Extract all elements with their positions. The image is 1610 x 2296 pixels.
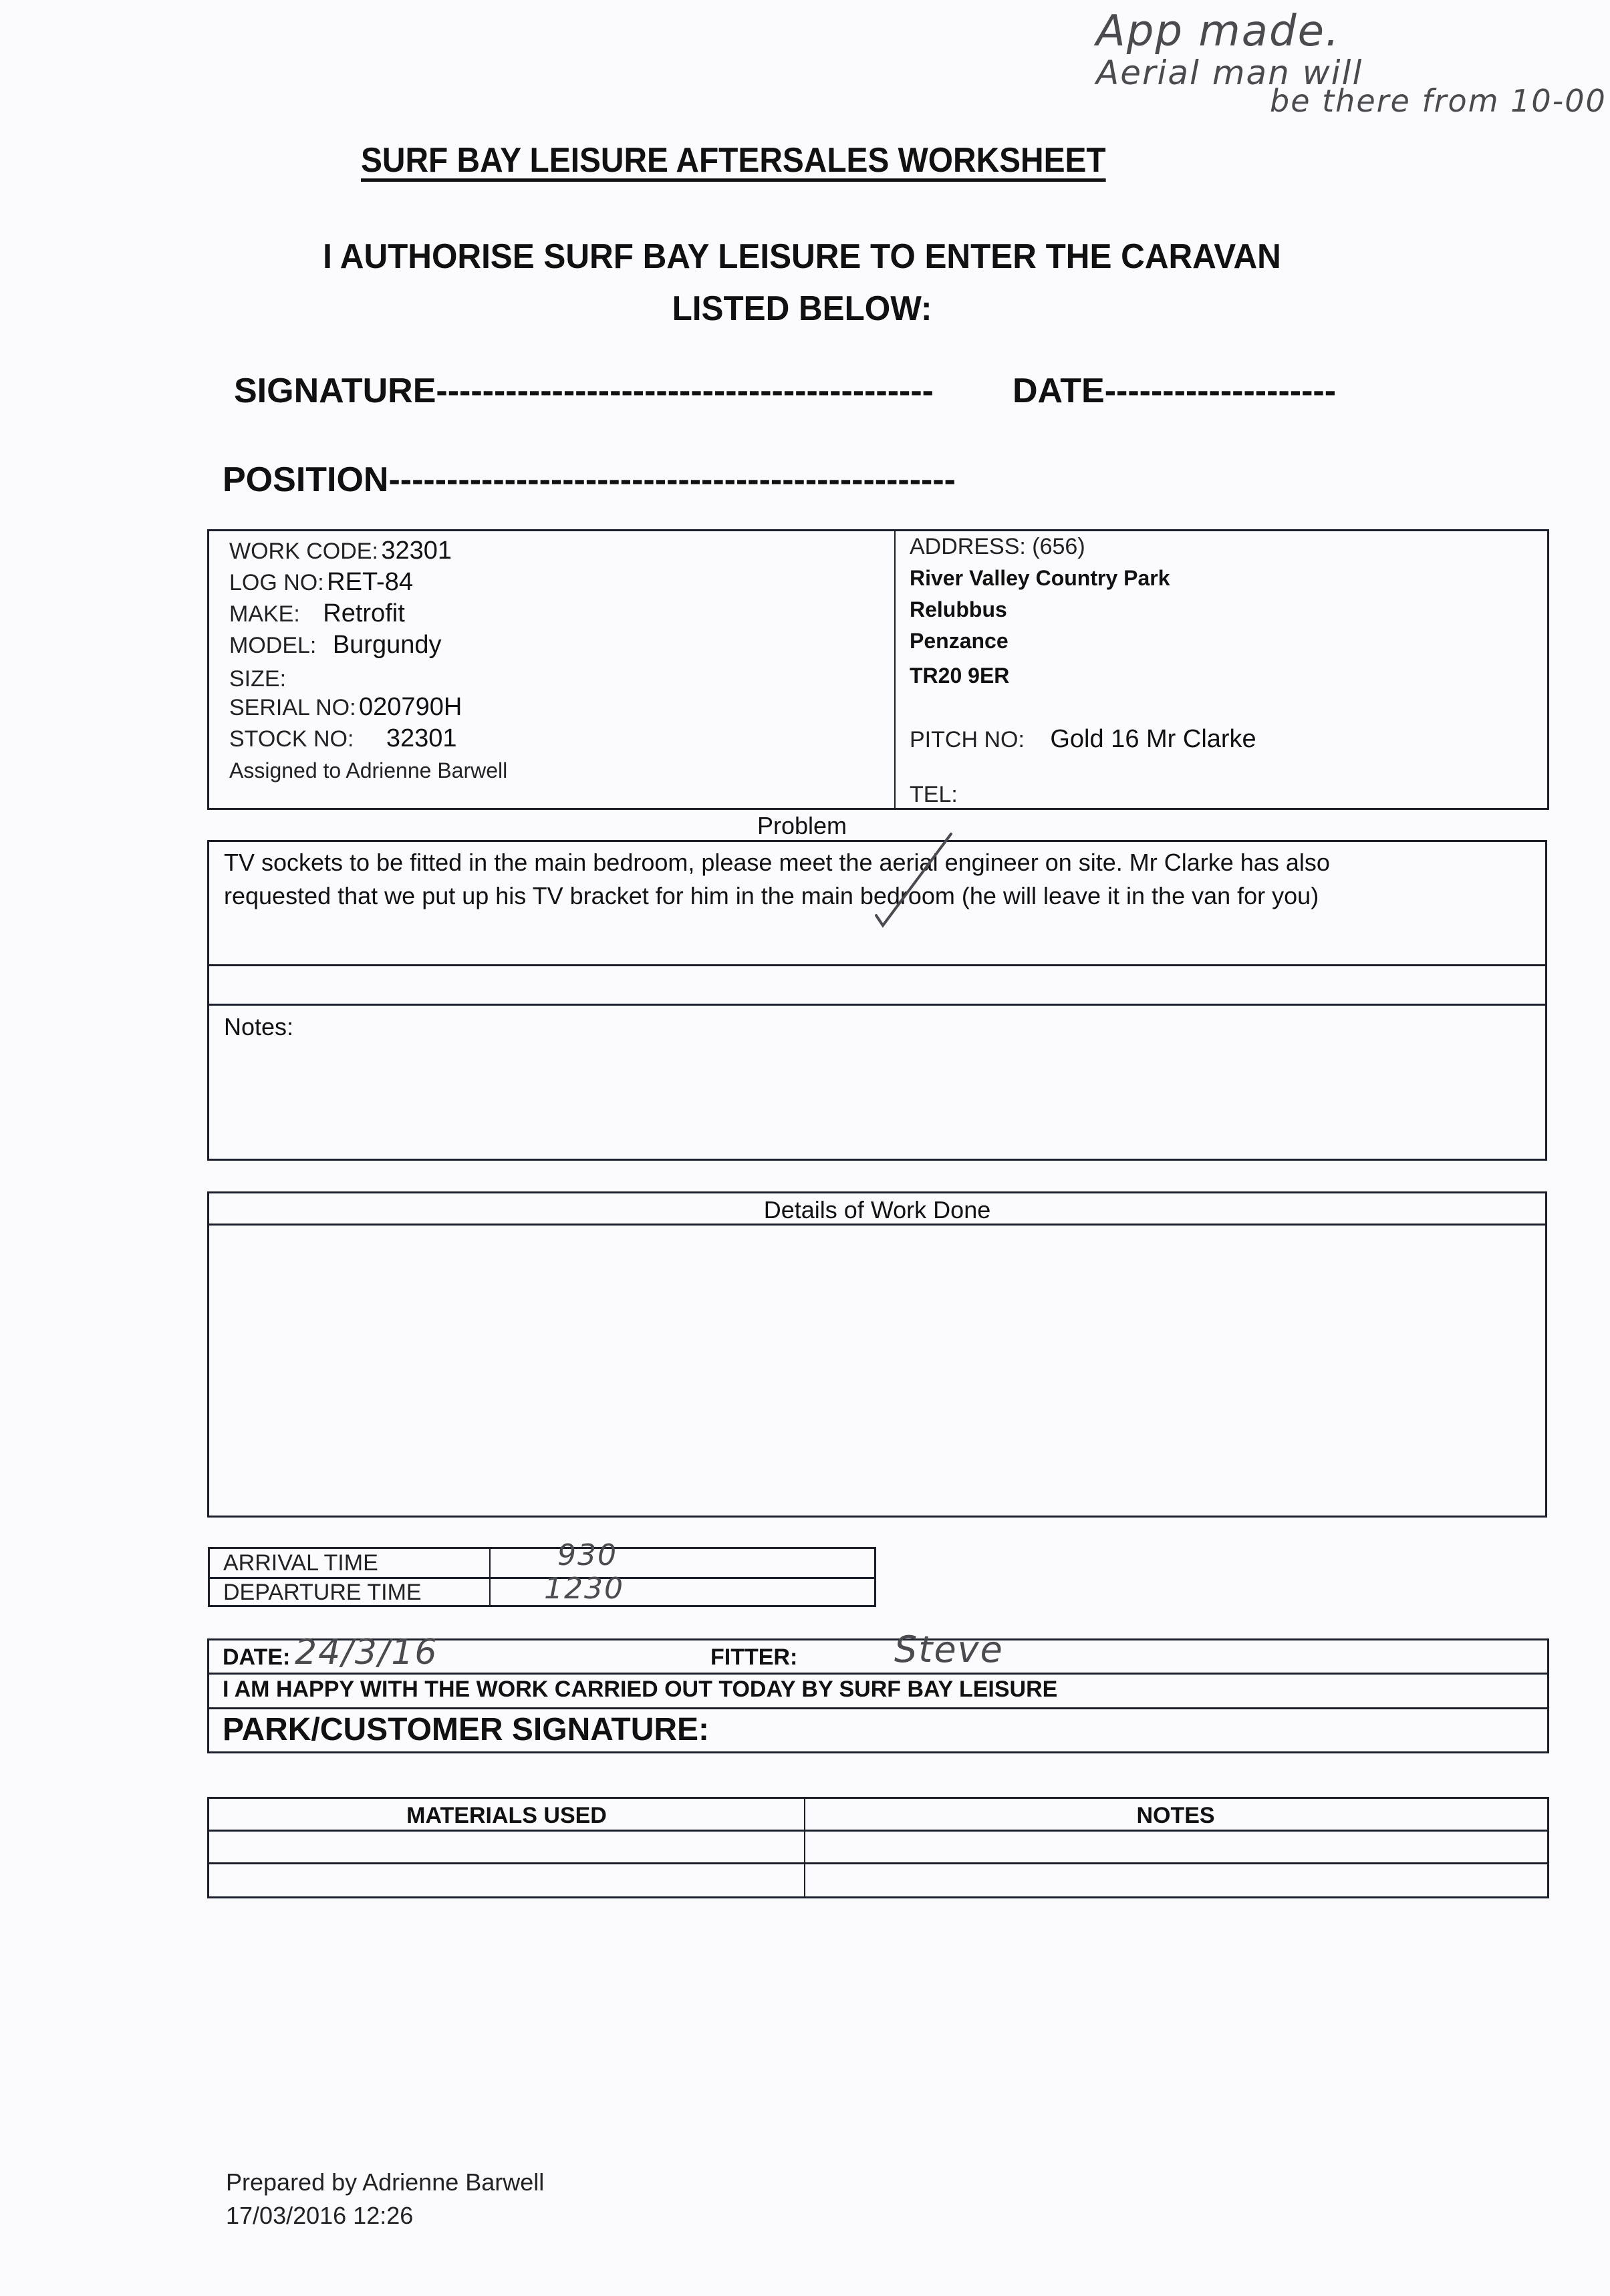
signoff-box: DATE: 24/3/16 FITTER: Steve I AM HAPPY W… xyxy=(207,1638,1549,1753)
pitch-row: PITCH NO: Gold 16 Mr Clarke xyxy=(910,725,1256,754)
date-field[interactable]: DATE-------------------- xyxy=(1013,371,1336,411)
position-label: POSITION--------------------------------… xyxy=(223,460,956,499)
address-label: ADDRESS: (656) xyxy=(910,534,1085,560)
problem-text: TV sockets to be fitted in the main bedr… xyxy=(224,846,1330,913)
log-no-row: LOG NO: RET-84 xyxy=(229,568,413,597)
make-row: MAKE: Retrofit xyxy=(229,599,405,628)
stock-value: 32301 xyxy=(386,724,457,752)
problem-line-1: TV sockets to be fitted in the main bedr… xyxy=(224,846,1330,879)
problem-line-2: requested that we put up his TV bracket … xyxy=(224,879,1330,913)
caravan-details-box: WORK CODE: 32301 LOG NO: RET-84 MAKE: Re… xyxy=(207,529,1549,810)
pitch-label: PITCH NO: xyxy=(910,727,1025,752)
tel-row: TEL: xyxy=(910,780,958,809)
address-line-3: Penzance xyxy=(910,629,1009,654)
model-row: MODEL: Burgundy xyxy=(229,631,441,660)
tel-label: TEL: xyxy=(910,782,958,807)
make-label: MAKE: xyxy=(229,601,300,627)
materials-table: MATERIALS USED NOTES xyxy=(207,1797,1549,1898)
check-mark-icon xyxy=(871,829,978,929)
authorisation-line1: I AUTHORISE SURF BAY LEISURE TO ENTER TH… xyxy=(231,231,1373,283)
log-no-label: LOG NO: xyxy=(229,570,324,595)
work-done-heading: Details of Work Done xyxy=(209,1196,1545,1224)
prepared-timestamp: 17/03/2016 12:26 xyxy=(226,2202,413,2230)
times-table: ARRIVAL TIME DEPARTURE TIME 930 1230 xyxy=(208,1547,876,1607)
serial-value: 020790H xyxy=(359,693,462,721)
arrival-time-label: ARRIVAL TIME xyxy=(223,1550,378,1576)
happy-statement: I AM HAPPY WITH THE WORK CARRIED OUT TOD… xyxy=(223,1677,1057,1703)
model-value: Burgundy xyxy=(333,631,442,659)
materials-row-1-material[interactable] xyxy=(209,1832,804,1861)
fitter-label: FITTER: xyxy=(710,1644,797,1671)
address-line-4: TR20 9ER xyxy=(910,664,1009,688)
assigned-to: Assigned to Adrienne Barwell xyxy=(229,758,507,783)
signoff-date-label: DATE: xyxy=(223,1644,290,1671)
arrival-time-value[interactable]: 930 xyxy=(557,1538,618,1572)
authorisation-line2: LISTED BELOW: xyxy=(231,283,1373,335)
problem-divider-1 xyxy=(209,964,1545,966)
model-label: MODEL: xyxy=(229,633,316,658)
materials-row-2-notes[interactable] xyxy=(805,1864,1547,1894)
work-code-label: WORK CODE: xyxy=(229,539,378,564)
pitch-value: Gold 16 Mr Clarke xyxy=(1050,725,1256,753)
authorisation-statement: I AUTHORISE SURF BAY LEISURE TO ENTER TH… xyxy=(200,231,1403,335)
stock-label: STOCK NO: xyxy=(229,726,354,752)
address-line-2: Relubbus xyxy=(910,597,1007,622)
signature-label: SIGNATURE-------------------------------… xyxy=(234,372,934,410)
serial-label: SERIAL NO: xyxy=(229,695,356,720)
handwritten-note-line3: be there from 10-00 xyxy=(1270,83,1607,119)
make-value: Retrofit xyxy=(323,599,404,627)
departure-time-value[interactable]: 1230 xyxy=(544,1572,624,1606)
work-code-row: WORK CODE: 32301 xyxy=(229,537,452,565)
details-divider xyxy=(894,531,896,808)
notes-column-header: NOTES xyxy=(804,1803,1547,1829)
handwritten-note-line1: App made. xyxy=(1096,7,1607,56)
work-code-value: 32301 xyxy=(381,537,452,565)
size-label: SIZE: xyxy=(229,666,286,692)
prepared-by: Prepared by Adrienne Barwell xyxy=(226,2168,544,2196)
fitter-value[interactable]: Steve xyxy=(894,1628,1004,1671)
date-label: DATE-------------------- xyxy=(1013,372,1336,410)
stock-row: STOCK NO: 32301 xyxy=(229,724,457,753)
materials-row-2-material[interactable] xyxy=(209,1864,804,1894)
work-done-box: Details of Work Done xyxy=(207,1191,1547,1518)
signoff-divider-1 xyxy=(209,1673,1547,1675)
signature-field[interactable]: SIGNATURE-------------------------------… xyxy=(234,371,934,411)
serial-row: SERIAL NO: 020790H xyxy=(229,693,462,722)
signoff-date-value[interactable]: 24/3/16 xyxy=(295,1632,438,1673)
customer-signature-field[interactable] xyxy=(730,1709,1547,1751)
materials-row-1-notes[interactable] xyxy=(805,1832,1547,1861)
position-field[interactable]: POSITION--------------------------------… xyxy=(223,460,956,500)
work-done-area[interactable] xyxy=(209,1226,1545,1516)
address-line-1: River Valley Country Park xyxy=(910,566,1170,591)
size-row: SIZE: xyxy=(229,664,286,693)
customer-signature-label: PARK/CUSTOMER SIGNATURE: xyxy=(223,1711,709,1748)
problem-box: TV sockets to be fitted in the main bedr… xyxy=(207,840,1547,1161)
departure-time-label: DEPARTURE TIME xyxy=(223,1580,422,1606)
handwritten-note: App made. Aerial man will be there from … xyxy=(1096,7,1607,119)
times-divider-h xyxy=(210,1577,874,1579)
log-no-value: RET-84 xyxy=(327,568,413,596)
notes-area[interactable] xyxy=(209,1006,1545,1159)
materials-column-header: MATERIALS USED xyxy=(209,1803,804,1829)
page-title: SURF BAY LEISURE AFTERSALES WORKSHEET xyxy=(361,140,1106,180)
